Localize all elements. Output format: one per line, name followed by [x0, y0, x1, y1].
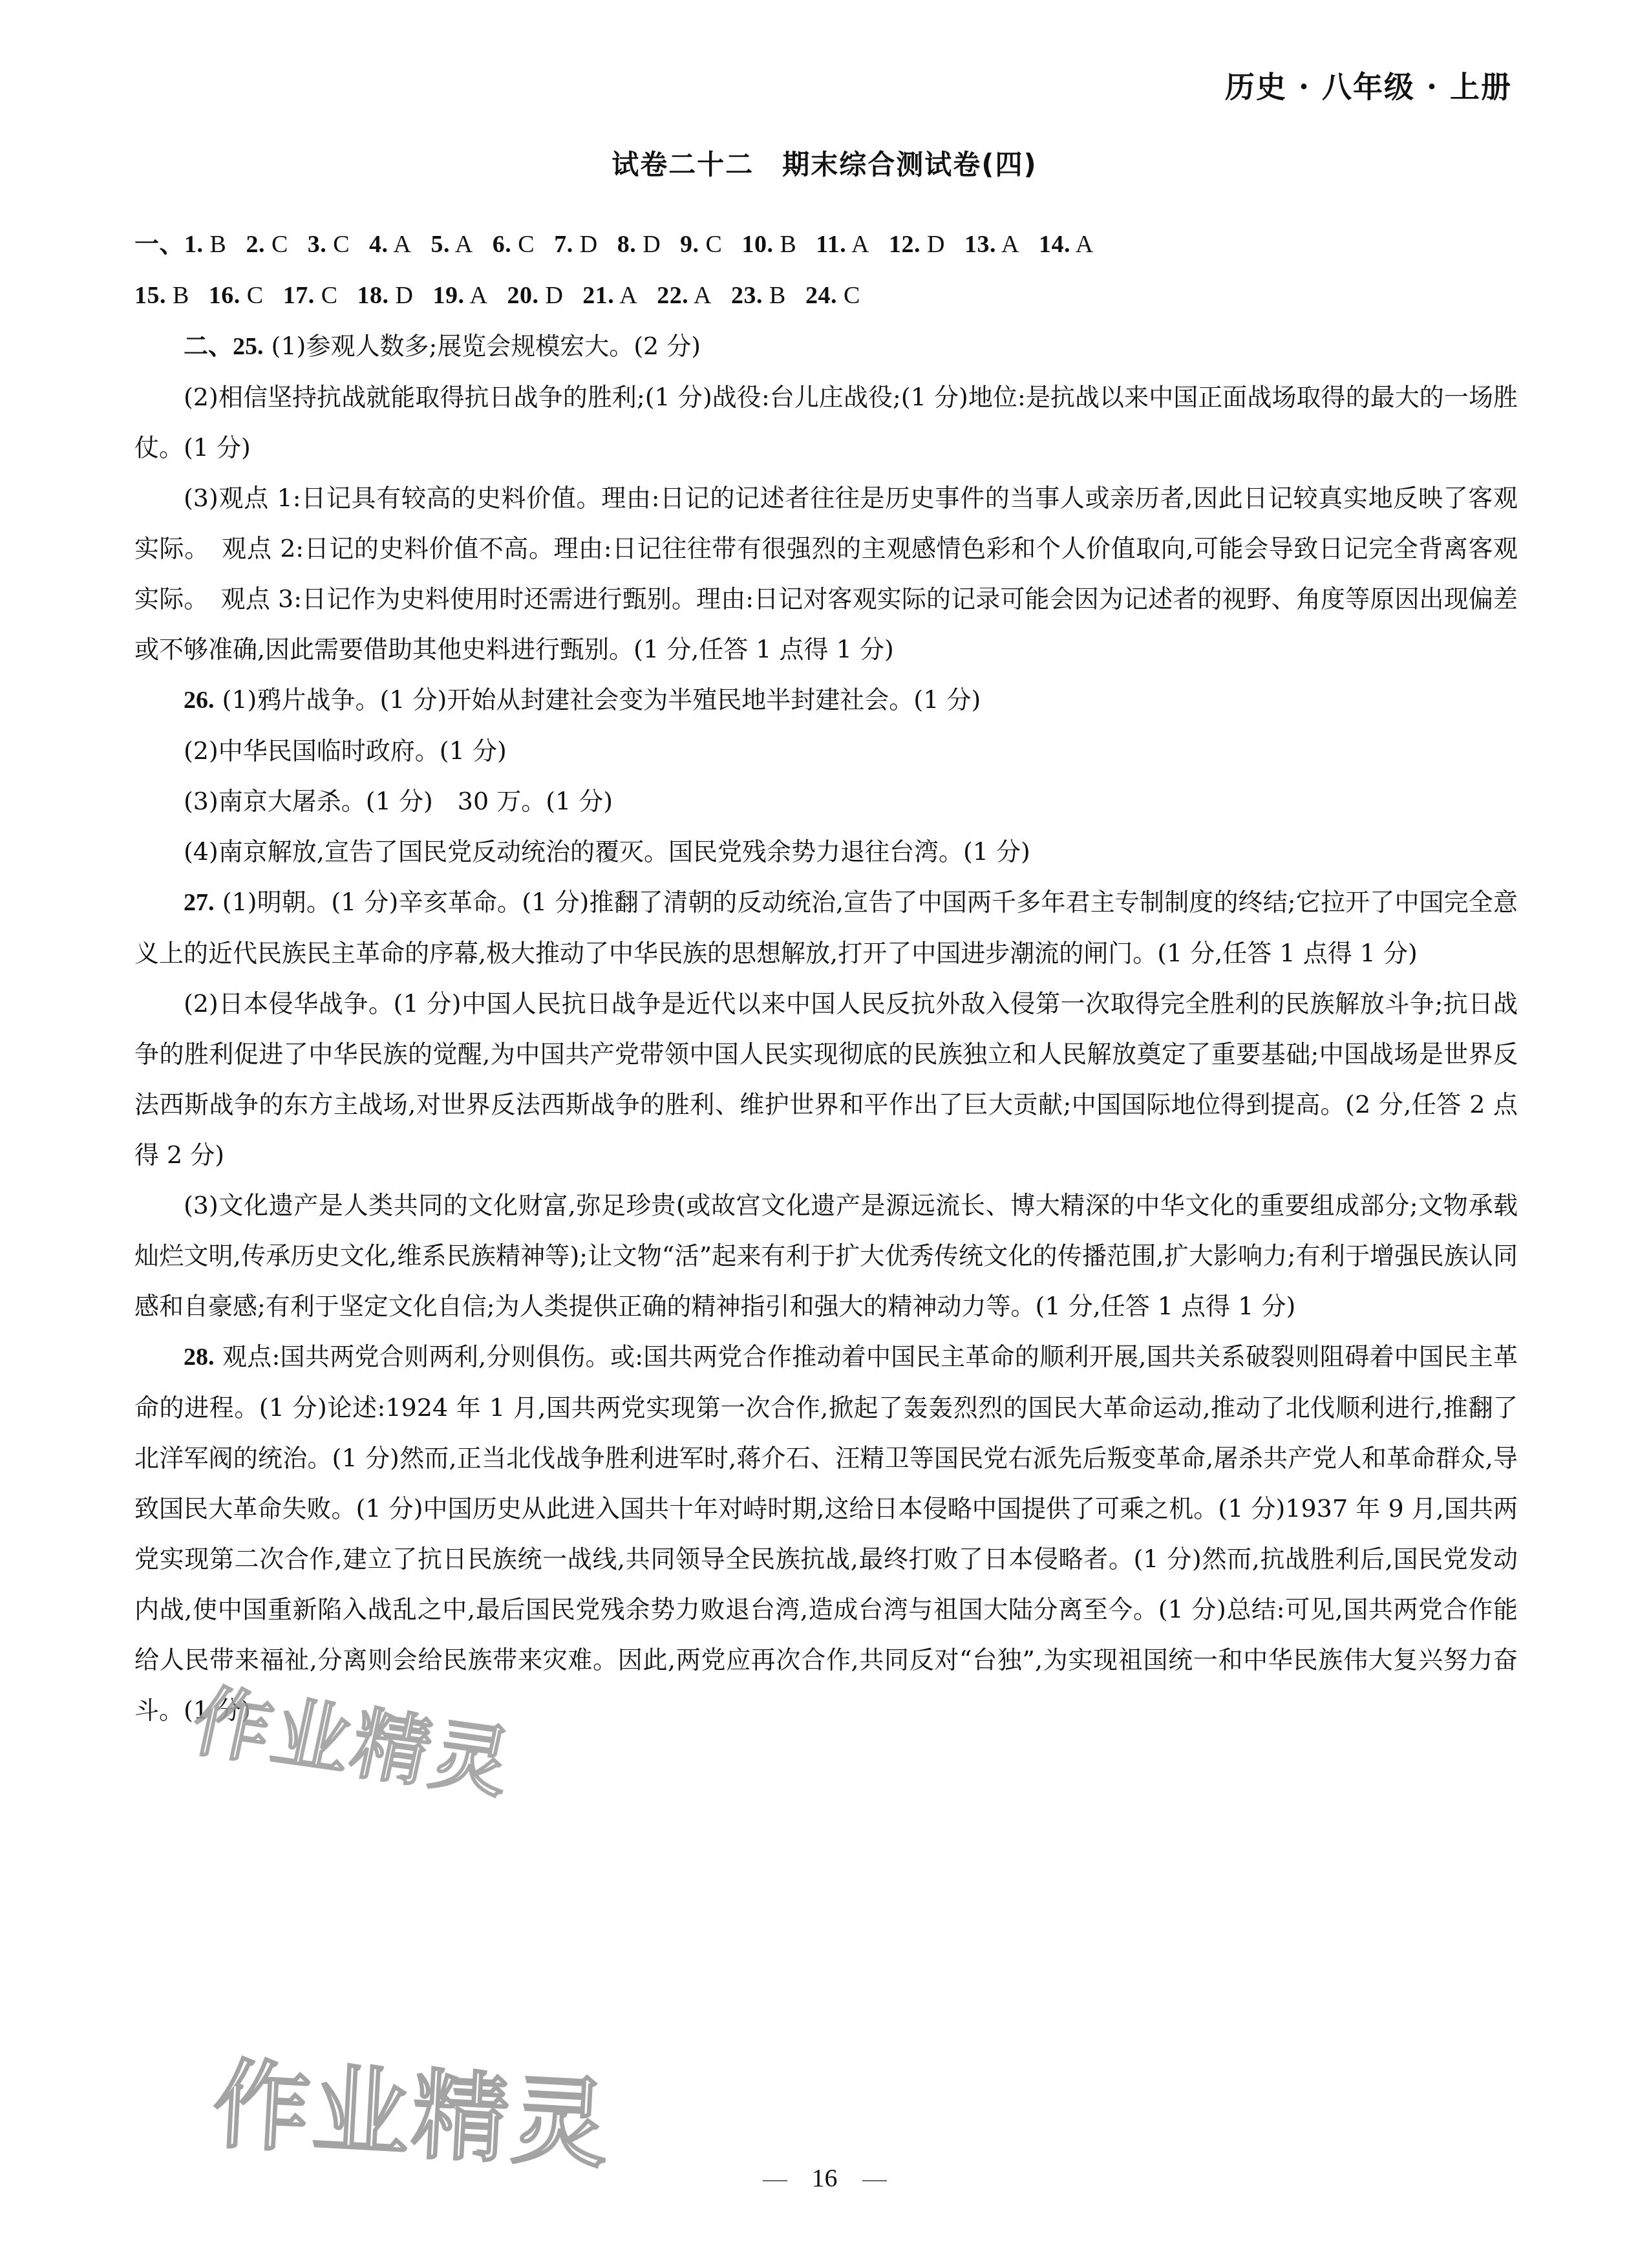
page-number: 16 — [0, 2163, 1649, 2193]
section-2-label: 二、 — [184, 333, 233, 360]
mc-answer: 24. C — [805, 270, 860, 321]
q27-part3: (3)文化遗产是人类共同的文化财富,弥足珍贵(或故宫文化遗产是源远流长、博大精深… — [134, 1180, 1518, 1331]
mc-answer: 19. A — [433, 270, 488, 321]
question-number: 27. — [184, 889, 215, 916]
mc-answer: 18. D — [357, 270, 414, 321]
mc-answer: 5. A — [431, 219, 473, 270]
mc-answer: 21. A — [582, 270, 637, 321]
question-number: 28. — [184, 1343, 215, 1371]
multiple-choice-answers-line-1: 一、1. B2. C3. C4. A5. A6. C7. D8. D9. C10… — [134, 219, 1518, 270]
dash-decoration — [862, 2180, 887, 2181]
mc-answer: 14. A — [1039, 219, 1094, 270]
mc-answer: 17. C — [283, 270, 338, 321]
q28-answer: 28. 观点:国共两党合则两利,分则俱伤。或:国共两党合作推动着中国民主革命的顺… — [134, 1331, 1518, 1735]
mc-answer: 13. A — [964, 219, 1019, 270]
q27-part1: 27. (1)明朝。(1 分)辛亥革命。(1 分)推翻了清朝的反动统治,宣告了中… — [134, 877, 1518, 978]
mc-answer: 1. B — [184, 219, 226, 270]
answer-content: 一、1. B2. C3. C4. A5. A6. C7. D8. D9. C10… — [134, 219, 1518, 1735]
q25-part3: (3)观点 1:日记具有较高的史料价值。理由:日记的记述者往往是历史事件的当事人… — [134, 473, 1518, 674]
q25-part2: (2)相信坚持抗战就能取得抗日战争的胜利;(1 分)战役:台儿庄战役;(1 分)… — [134, 372, 1518, 473]
q25-part1: 二、25. (1)参观人数多;展览会规模宏大。(2 分) — [134, 321, 1518, 372]
question-number: 26. — [184, 687, 215, 714]
page-title: 试卷二十二 期末综合测试卷(四) — [0, 144, 1649, 182]
mc-answer: 23. B — [731, 270, 786, 321]
mc-answer: 2. C — [246, 219, 288, 270]
section-1-label: 一、 — [134, 229, 184, 258]
question-number: 25. — [233, 333, 264, 360]
mc-answer: 6. C — [493, 219, 535, 270]
q26-part1: 26. (1)鸦片战争。(1 分)开始从封建社会变为半殖民地半封建社会。(1 分… — [134, 674, 1518, 725]
mc-answer: 3. C — [308, 219, 350, 270]
mc-answer: 7. D — [554, 219, 597, 270]
q26-part2: (2)中华民国临时政府。(1 分) — [134, 725, 1518, 776]
mc-answer: 16. C — [209, 270, 264, 321]
mc-answer: 4. A — [369, 219, 411, 270]
mc-answer: 20. D — [507, 270, 563, 321]
mc-answer: 9. C — [680, 219, 722, 270]
dash-decoration — [763, 2180, 787, 2181]
mc-answer: 11. A — [816, 219, 869, 270]
multiple-choice-answers-line-2: 15. B16. C17. C18. D19. A20. D21. A22. A… — [134, 270, 1518, 321]
mc-answer: 10. B — [741, 219, 796, 270]
mc-answer: 12. D — [889, 219, 945, 270]
q27-part2: (2)日本侵华战争。(1 分)中国人民抗日战争是近代以来中国人民反抗外敌入侵第一… — [134, 978, 1518, 1180]
mc-answer: 22. A — [657, 270, 712, 321]
running-head: 历史 · 八年级 · 上册 — [1225, 63, 1512, 106]
q26-part4: (4)南京解放,宣告了国民党反动统治的覆灭。国民党残余势力退往台湾。(1 分) — [134, 826, 1518, 877]
mc-answer: 15. B — [134, 270, 189, 321]
mc-answer: 8. D — [617, 219, 661, 270]
q26-part3: (3)南京大屠杀。(1 分) 30 万。(1 分) — [134, 776, 1518, 826]
